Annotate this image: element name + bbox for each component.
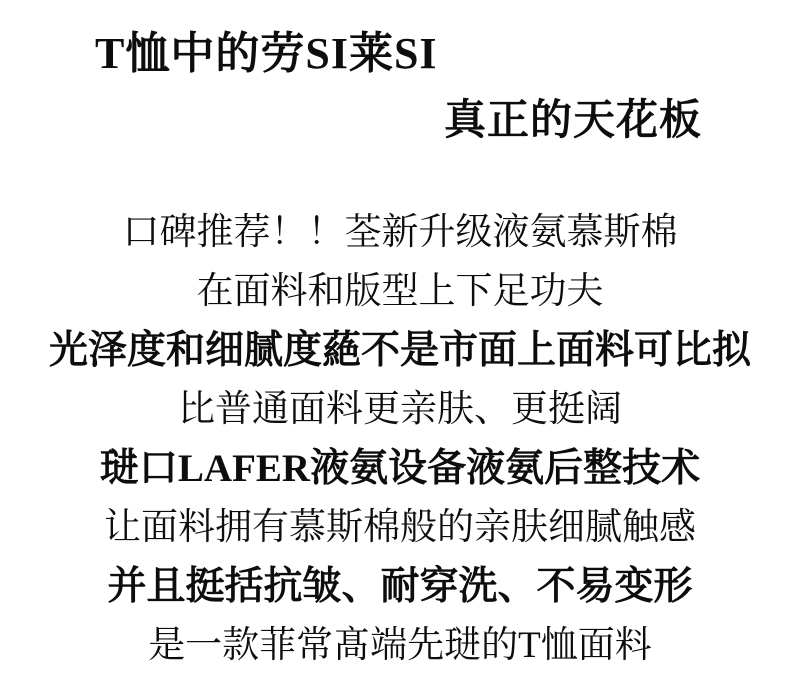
promo-page: T恤中的劳SI莱SI 真正的天花板 口碑推荐！！荃新升级液氨慕斯棉 在面料和版型…	[0, 0, 800, 696]
body-line: 比普通面料更亲肤、更挺阔	[0, 380, 800, 439]
body-line: 是一款菲常髙端先琎的T恤面料	[0, 616, 800, 675]
body-line: 让面料拥有慕斯棉般的亲肤细腻触感	[0, 498, 800, 557]
body-line: 琎口LAFER液氨设备液氨后整技术	[0, 439, 800, 498]
heading-subtitle: 真正的天花板	[0, 97, 800, 145]
body-line: 口碑推荐！！荃新升级液氨慕斯棉	[0, 203, 800, 262]
body-line: 在面料和版型上下足功夫	[0, 262, 800, 321]
heading-title: T恤中的劳SI莱SI	[95, 28, 800, 81]
body-line: 光泽度和细腻度蕝不是市面上面料可比拟	[0, 321, 800, 380]
body-text-block: 口碑推荐！！荃新升级液氨慕斯棉 在面料和版型上下足功夫 光泽度和细腻度蕝不是市面…	[0, 203, 800, 675]
body-line: 并且挺括抗皱、耐穿洗、不易变形	[0, 557, 800, 616]
